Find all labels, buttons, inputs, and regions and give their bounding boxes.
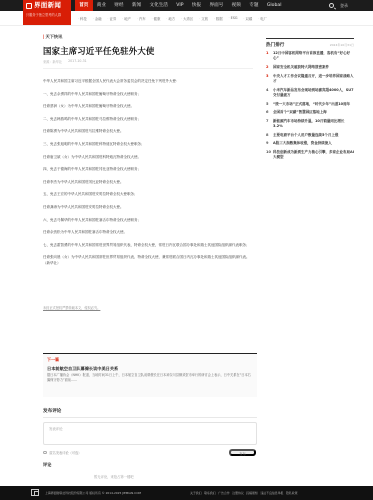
article-paragraph: 中华人民共和国主席习近平根据全国人民代表大会常务委员会的决定任免下列驻外大使：: [43, 78, 253, 84]
logo-name: 界面新闻: [34, 1, 61, 10]
hot-item[interactable]: 9A股三大指数集体收涨，资金持续流入: [266, 141, 354, 146]
hot-rank: 7: [266, 119, 271, 130]
next-article-tag: 下一篇: [47, 357, 59, 363]
hot-rank: 9: [266, 141, 271, 146]
article-paragraph: 四、免去于德海的中华人民共和国驻冈比亚特命全权大使职务；: [43, 166, 253, 172]
sub-nav-item[interactable]: 金融: [90, 16, 105, 21]
next-article-card[interactable]: 下一篇 日本前航空自卫队幕僚长谈中美日关系 据日本广播协会（NHK）报道，当地时…: [43, 353, 257, 397]
hot-text[interactable]: 中央人才工作会议隆重召开，进一步培养国家战略人才: [273, 74, 354, 85]
comment-divider: [43, 417, 257, 418]
main-nav-topics[interactable]: 专题: [245, 0, 263, 11]
sub-nav: 科技 金融 证券 地产 汽车 健康 地方 大湾区 文旅 数据 ESG 双碳 电厂: [75, 11, 270, 25]
hot-item[interactable]: 3中央人才工作会议隆重召开，进一步培养国家战略人才: [266, 74, 354, 85]
footer-link[interactable]: 广告合作: [218, 491, 230, 495]
article-category[interactable]: 天下快讯: [43, 34, 62, 40]
main-nav-video[interactable]: 视频: [227, 0, 245, 11]
main-nav-culture[interactable]: 文化生活: [145, 0, 172, 11]
article-paragraph: 任命余劲松为中华人民共和国驻塞舌尔特命全权大使。: [43, 229, 253, 235]
hot-text[interactable]: 新能源汽车市场持续升温，10月销量同比增长3.2%: [273, 119, 354, 130]
article-paragraph: 二、免去韩燕鸣的中华人民共和国驻马拉维特命全权大使职务；: [43, 116, 253, 122]
sub-nav-item[interactable]: ESG: [226, 16, 241, 20]
sub-nav-item[interactable]: 大湾区: [178, 16, 196, 21]
hot-rank: 10: [266, 150, 271, 161]
hot-text[interactable]: 科技创新成为新质生产力核心引擎，多家企业布局AI大模型: [273, 150, 354, 161]
post-comment-button[interactable]: 发布: [229, 449, 256, 456]
hot-text[interactable]: 小米汽车新品发布会现场到场嘉宾超4000人，SU7交付量破万: [273, 88, 354, 99]
next-article-title[interactable]: 日本前航空自卫队幕僚长谈中美日关系: [47, 366, 118, 372]
article-paragraph: 任命唐卫斌（女）为中华人民共和国驻科特迪瓦特命全权大使。: [43, 154, 253, 160]
footer-link[interactable]: 隐私政策: [286, 491, 298, 495]
main-nav-business[interactable]: 商业: [93, 0, 111, 11]
sub-nav-item[interactable]: 数据: [211, 16, 226, 21]
hot-rank: 8: [266, 133, 271, 138]
article-paragraph: 任命陈勇为中华人民共和国驻马拉维特命全权大使。: [43, 128, 253, 134]
hot-ranking-list: 112日中国客机网络平台首推直播，客机有“好心好心” 2国家安全机关破获特大网络…: [266, 51, 354, 164]
login-link[interactable]: 登录: [340, 0, 348, 11]
article-paragraph: 一、免去余勇祥的中华人民共和国驻葡萄牙特命全权大使职务；: [43, 91, 253, 97]
checkbox-icon[interactable]: [43, 451, 47, 455]
hot-rank: 5: [266, 102, 271, 107]
meta-divider: [43, 68, 253, 69]
hot-text[interactable]: 国家安全机关破获特大网络泄密案件: [273, 65, 329, 70]
main-nav-home[interactable]: 首页: [75, 0, 93, 11]
footer-copyright: 上海界面财联社科技股份有限公司 版权所有 © 2014-2025 JIEMIAN…: [45, 491, 141, 495]
comment-section-title: 发布评论: [43, 408, 61, 414]
article-paragraph: 任命张向晨（女）为中华人民共和国常驻世界贸易组织代表、特命全权大使，兼常驻联合国…: [43, 254, 253, 266]
hot-rank: 1: [266, 51, 271, 62]
main-nav-finance[interactable]: 财经: [110, 0, 128, 11]
anonymous-label: 匿名发表评论（可选）: [50, 450, 82, 455]
main-nav-vip[interactable]: VIP: [172, 0, 188, 11]
article-source: 来源：新华社: [43, 59, 62, 64]
main-nav-express[interactable]: 快报: [188, 0, 206, 11]
article-meta: 来源：新华社 2017-10-31: [43, 59, 87, 64]
hot-item[interactable]: 6全国首个“双碳”智慧园区落地上海: [266, 110, 354, 115]
hot-item[interactable]: 5“统一大市场”正式落地，“时代少年”出道10周年: [266, 102, 354, 107]
sub-nav-item[interactable]: 汽车: [134, 16, 149, 21]
article-body: 中华人民共和国主席习近平根据全国人民代表大会常务委员会的决定任免下列驻外大使： …: [43, 78, 253, 273]
sub-nav-item[interactable]: 证券: [104, 16, 119, 21]
footer-link[interactable]: 违法不良信息举报: [260, 491, 283, 495]
hot-item[interactable]: 2国家安全机关破获特大网络泄密案件: [266, 65, 354, 70]
sub-nav-item[interactable]: 文旅: [196, 16, 211, 21]
sub-nav-item[interactable]: 健康: [149, 16, 164, 21]
footer-link[interactable]: 联系我们: [204, 491, 216, 495]
article-paragraph: 三、免去张旭明的中华人民共和国驻科特迪瓦特命全权大使职务；: [43, 141, 253, 147]
hot-text[interactable]: A股三大指数集体收涨，资金持续流入: [273, 141, 332, 146]
article-paragraph: 任命龚涛为中华人民共和国驻安哥拉特命全权大使。: [43, 204, 253, 210]
hot-ranking-title: 热门排行: [266, 42, 284, 48]
article-paragraph: 六、免去马佩华的中华人民共和国驻塞舌尔特命全权大使职务；: [43, 217, 253, 223]
footer-links: 关于我们 联系我们 广告合作 注册协议 投稿须知 违法不良信息举报 隐私政策: [190, 491, 298, 495]
next-article-summary: 据日本广播协会（NHK）报道，当地时间31日上午，日本航空自卫队前幕僚长在日本神…: [47, 373, 253, 383]
main-nav-global[interactable]: Global: [263, 0, 286, 11]
comments-list-title: 评论: [43, 462, 51, 468]
hot-item[interactable]: 8主要电商平台个人用户数量连续5个月上涨: [266, 133, 354, 138]
sub-nav-item[interactable]: 地方: [163, 16, 178, 21]
hot-text[interactable]: 12日中国客机网络平台首推直播，客机有“好心好心”: [273, 51, 354, 62]
empty-comments-text: 暂无评论，来抢占第一楼吧: [94, 474, 134, 479]
hot-item[interactable]: 112日中国客机网络平台首推直播，客机有“好心好心”: [266, 51, 354, 62]
logo-slogan: 只服务于独立思考的人群: [26, 13, 61, 17]
copyright-note[interactable]: 未经正式授权严禁转载本文，侵权必究。: [43, 305, 100, 310]
hot-rank: 6: [266, 110, 271, 115]
article-paragraph: 任命蔡润（女）为中华人民共和国驻葡萄牙特命全权大使。: [43, 103, 253, 109]
hot-text[interactable]: 全国首个“双碳”智慧园区落地上海: [273, 110, 327, 115]
hot-ranking-header: 热门排行 2024年10月31日: [266, 38, 354, 48]
hot-rank: 2: [266, 65, 271, 70]
hot-ranking-date: 2024年10月31日: [330, 43, 354, 47]
hot-item[interactable]: 4小米汽车新品发布会现场到场嘉宾超4000人，SU7交付量破万: [266, 88, 354, 99]
footer-link[interactable]: 关于我们: [190, 491, 202, 495]
logo-mark-icon: [26, 3, 32, 9]
anonymous-checkbox[interactable]: 匿名发表评论（可选）: [43, 450, 81, 455]
header-divider: [0, 25, 373, 26]
site-logo[interactable]: 界面新闻 只服务于独立思考的人群: [23, 0, 71, 25]
page-footer: 上海界面财联社科技股份有限公司 版权所有 © 2014-2025 JIEMIAN…: [0, 486, 373, 500]
main-nav-news[interactable]: 新闻: [128, 0, 146, 11]
sub-nav-item[interactable]: 双碳: [240, 16, 255, 21]
sub-nav-item[interactable]: 电厂: [255, 16, 270, 21]
article-title: 国家主席习近平任免驻外大使: [43, 45, 154, 57]
article-paragraph: 五、免去王宏的中华人民共和国驻安哥拉特命全权大使职务；: [43, 191, 253, 197]
hot-text[interactable]: “统一大市场”正式落地，“时代少年”出道10周年: [273, 102, 350, 107]
sub-nav-item[interactable]: 科技: [75, 16, 90, 21]
main-nav: 首页 商业 财经 新闻 文化生活 VIP 快报 界面号 视频 专题 Global: [75, 0, 286, 11]
article-time: 2017-10-31: [68, 59, 87, 64]
sub-nav-item[interactable]: 地产: [119, 16, 134, 21]
article-paragraph: 任命李杰为中华人民共和国驻冈比亚特命全权大使。: [43, 179, 253, 185]
hot-item[interactable]: 10科技创新成为新质生产力核心引擎，多家企业布局AI大模型: [266, 150, 354, 161]
hot-rank: 3: [266, 74, 271, 85]
footer-link[interactable]: 投稿须知: [246, 491, 258, 495]
footer-link[interactable]: 注册协议: [232, 491, 244, 495]
main-nav-jiemian-hao[interactable]: 界面号: [205, 0, 227, 11]
hot-item[interactable]: 7新能源汽车市场持续升温，10月销量同比增长3.2%: [266, 119, 354, 130]
footer-logo-icon: [31, 489, 39, 496]
search-icon[interactable]: [329, 3, 334, 8]
hot-text[interactable]: 主要电商平台个人用户数量连续5个月上涨: [273, 133, 338, 138]
article-paragraph: 七、免去霍智勇的中华人民共和国常驻世界贸易组织代表、特命全权大使，常驻日内瓦联合…: [43, 242, 253, 248]
hot-rank: 4: [266, 88, 271, 99]
comment-input[interactable]: 发表评论: [43, 422, 257, 445]
